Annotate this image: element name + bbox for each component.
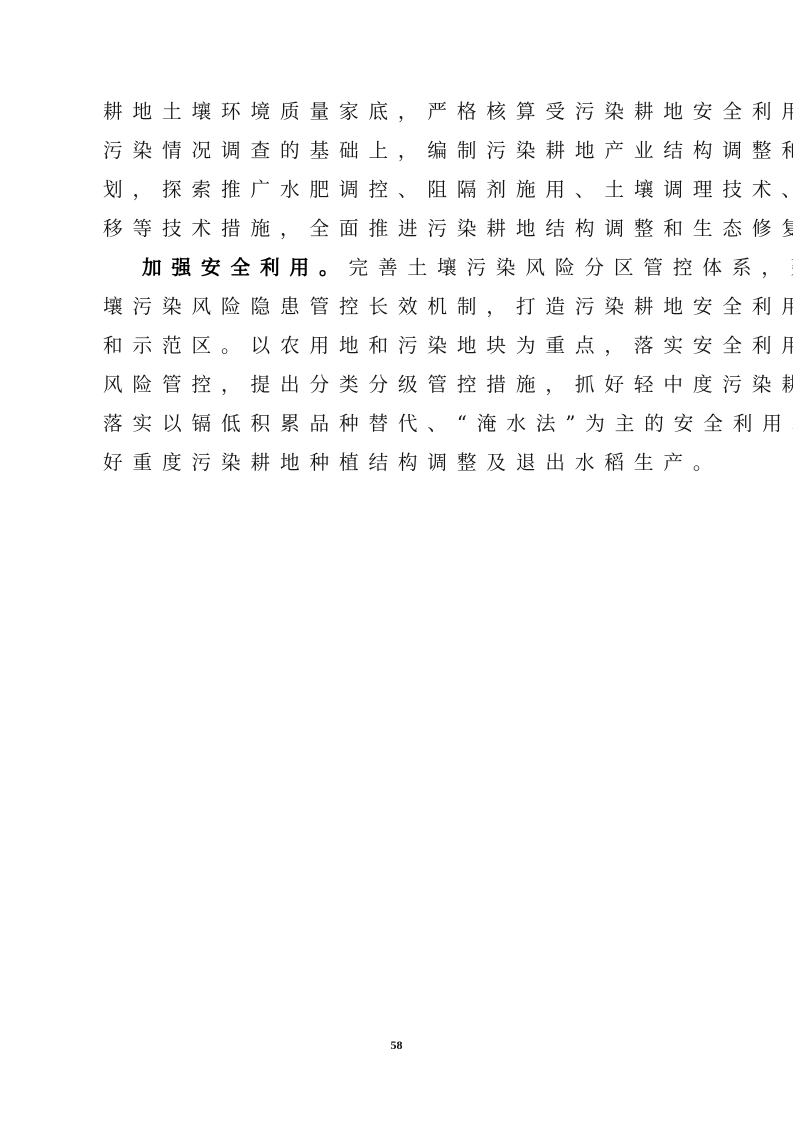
text-line-first: 加强安全利用。完善土壤污染风险分区管控体系，建立健全土 bbox=[103, 248, 695, 287]
page-number: 58 bbox=[0, 1038, 793, 1053]
body-text: 耕地土壤环境质量家底，严格核算受污染耕地安全利用率。在耕地 污染情况调查的基础上… bbox=[103, 92, 695, 482]
paragraph-lead-heading: 加强安全利用。 bbox=[142, 256, 348, 279]
text-line: 耕地土壤环境质量家底，严格核算受污染耕地安全利用率。在耕地 bbox=[103, 92, 695, 131]
text-line: 移等技术措施，全面推进污染耕地结构调整和生态修复治理工作。 bbox=[103, 209, 695, 248]
text-line: 污染情况调查的基础上，编制污染耕地产业结构调整和生态修复规 bbox=[103, 131, 695, 170]
paragraph-safe-use: 加强安全利用。完善土壤污染风险分区管控体系，建立健全土 壤污染风险隐患管控长效机… bbox=[103, 248, 695, 482]
text-line: 壤污染风险隐患管控长效机制，打造污染耕地安全利用规模化样板 bbox=[103, 287, 695, 326]
paragraph-continued: 耕地土壤环境质量家底，严格核算受污染耕地安全利用率。在耕地 污染情况调查的基础上… bbox=[103, 92, 695, 248]
document-page: 耕地土壤环境质量家底，严格核算受污染耕地安全利用率。在耕地 污染情况调查的基础上… bbox=[0, 0, 793, 1122]
text-line: 划，探索推广水肥调控、阻隔剂施用、土壤调理技术、生物富集转 bbox=[103, 170, 695, 209]
text-line: 好重度污染耕地种植结构调整及退出水稻生产。 bbox=[103, 443, 695, 482]
text-run: 完善土壤污染风险分区管控体系，建立健全土 bbox=[348, 256, 793, 279]
text-line: 落实以镉低积累品种替代、“淹水法”为主的安全利用农艺措施；抓 bbox=[103, 404, 695, 443]
text-line: 风险管控，提出分类分级管控措施，抓好轻中度污染耕地安全利用， bbox=[103, 365, 695, 404]
text-line: 和示范区。以农用地和污染地块为重点，落实安全利用措施，强化 bbox=[103, 326, 695, 365]
